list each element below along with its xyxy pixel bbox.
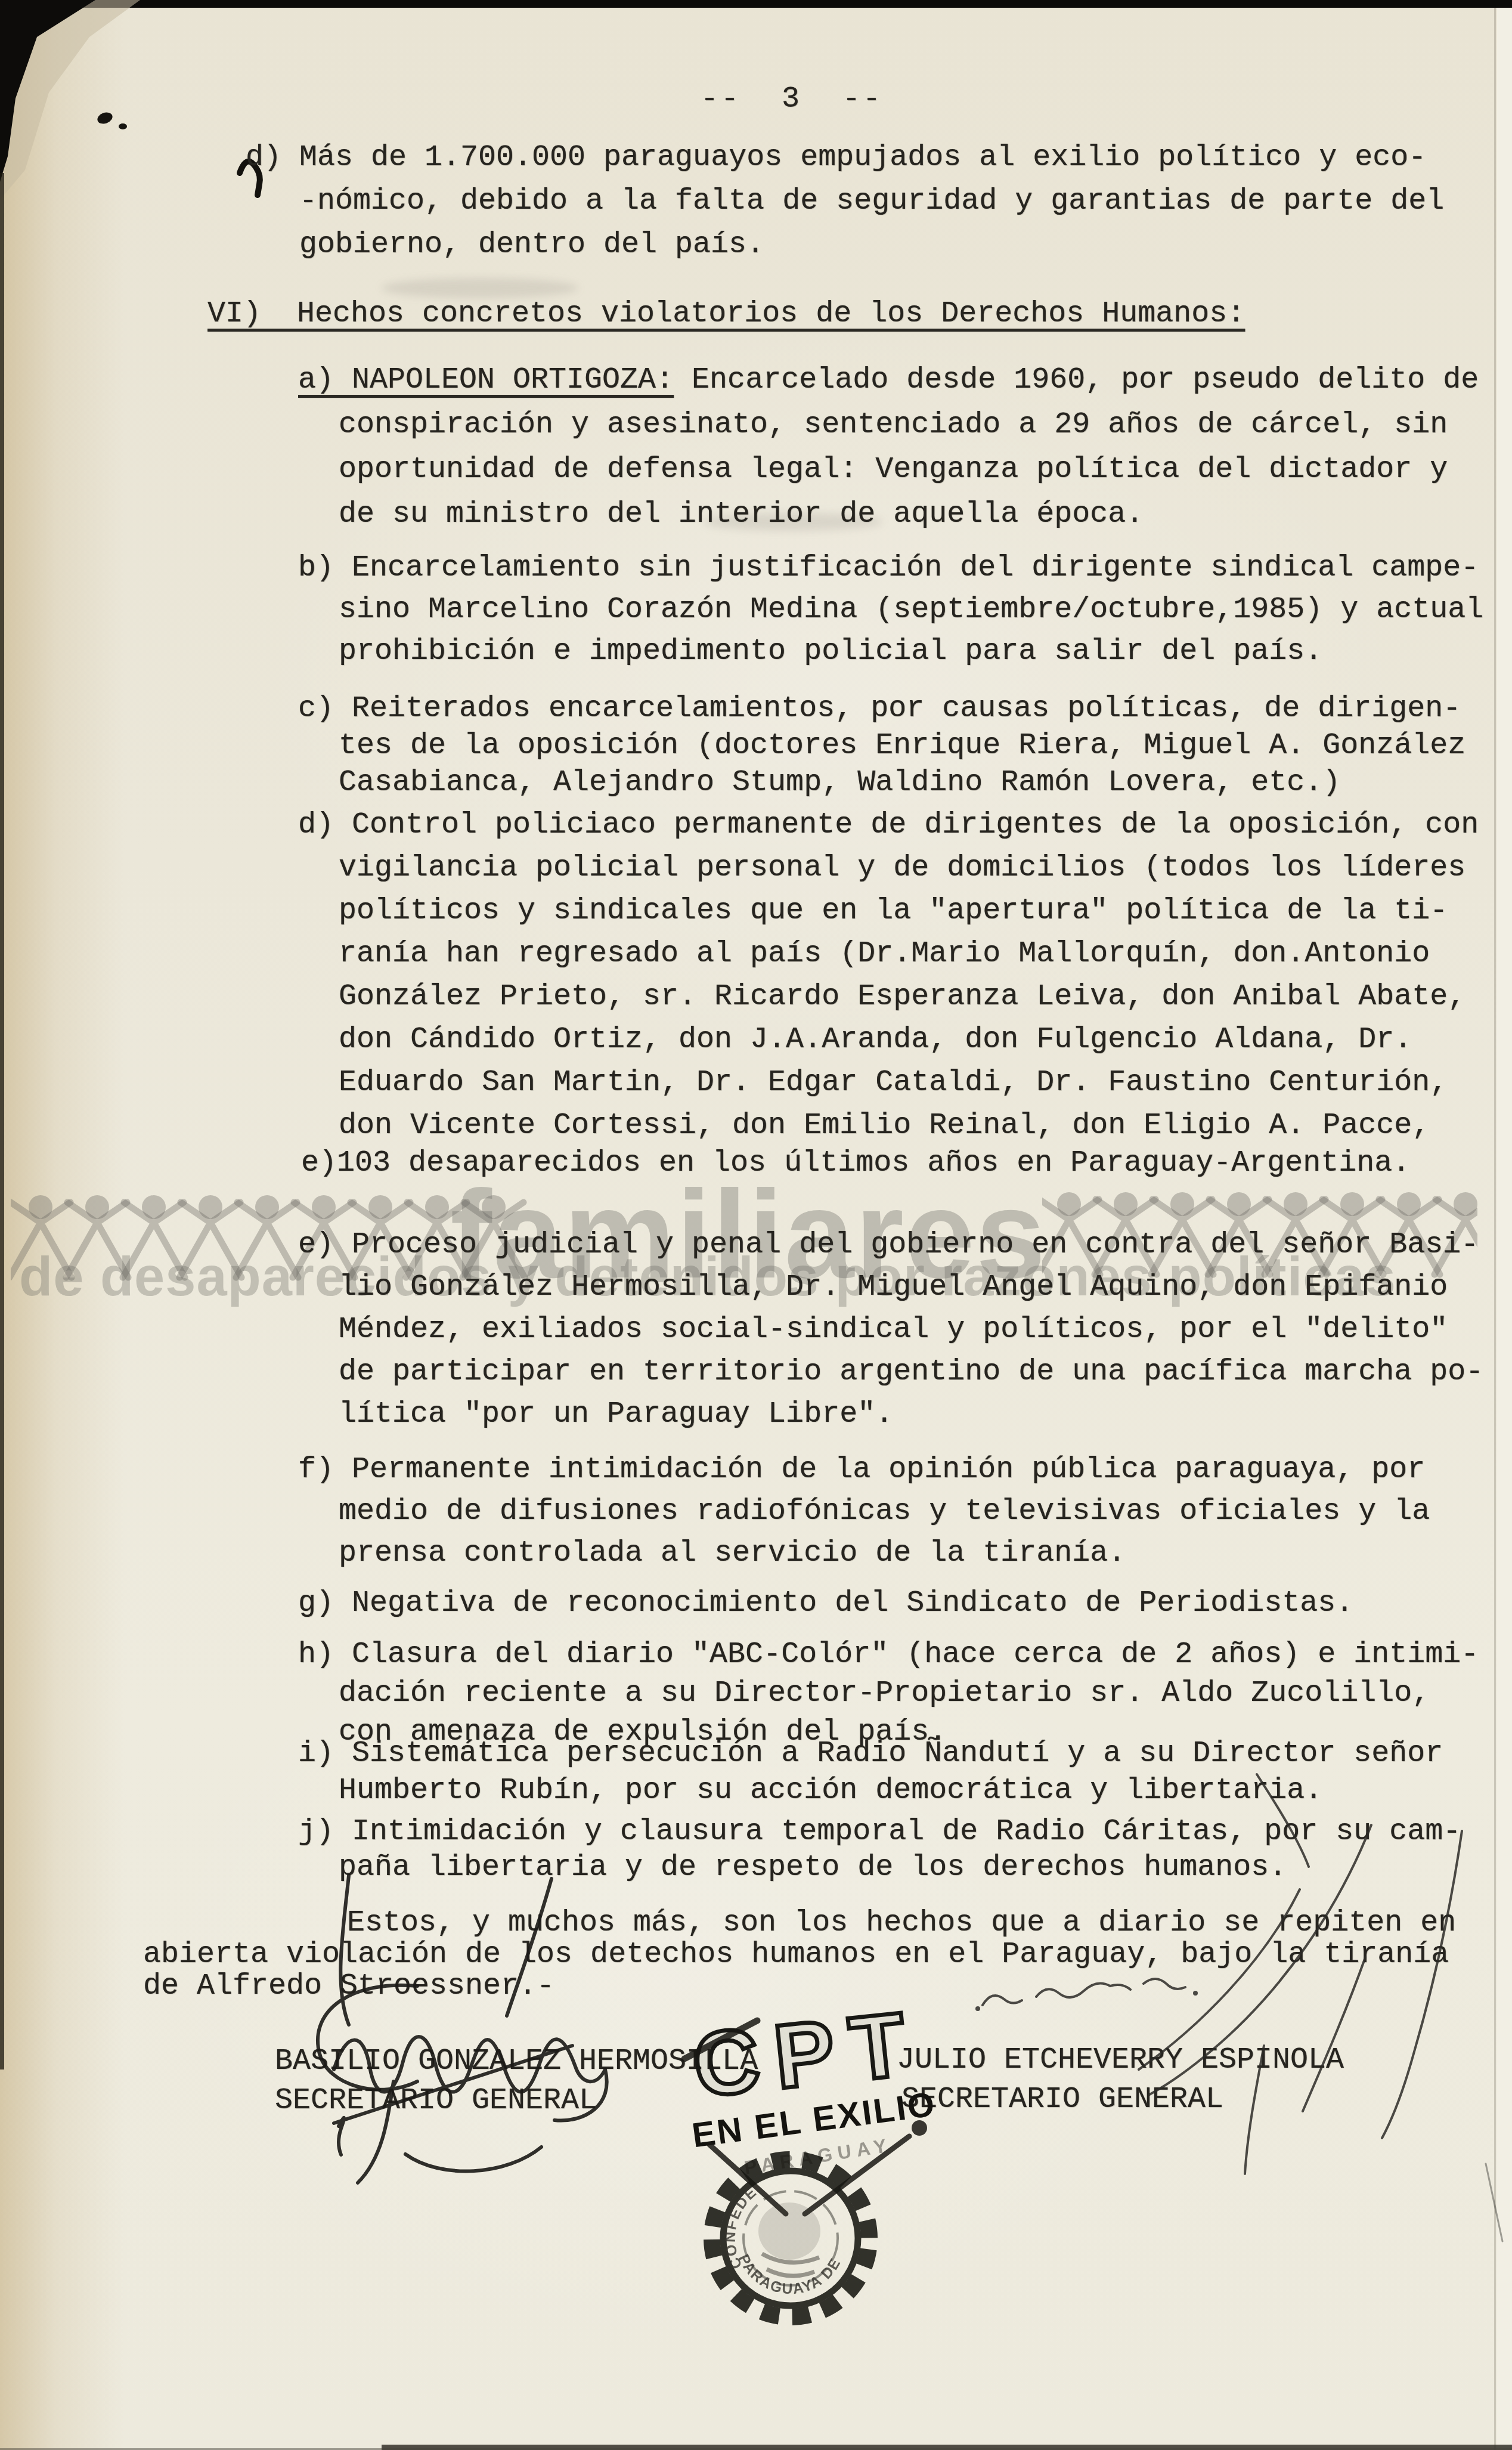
gear-stamp: CONFEDERACION PARAGUAYA DE TRABAJADORES bbox=[683, 2131, 898, 2346]
handwritten-signature-right bbox=[975, 1774, 1502, 2241]
scanned-document-page: familiares de desaparecidos y detenidos … bbox=[0, 0, 1512, 2450]
handwritten-signature-left bbox=[318, 1876, 607, 2183]
